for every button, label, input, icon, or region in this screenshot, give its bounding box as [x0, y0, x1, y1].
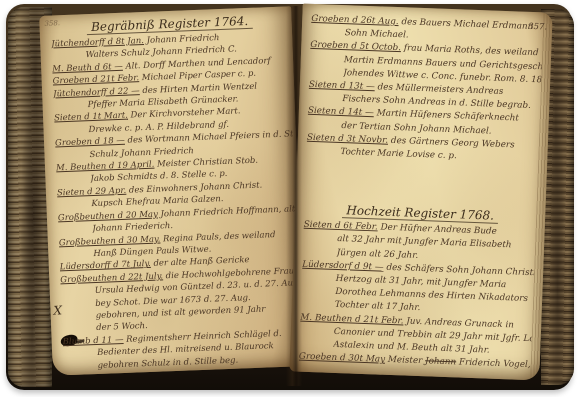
burial-register-entries-continued: Groeben d 26t Aug. des Bauers Michael Er…: [306, 13, 543, 167]
left-page-text: Begräbniß Register 1764. Jütchendorff d …: [50, 12, 301, 373]
left-page: 358. X Begräbniß Register 1764. Jütchend…: [39, 6, 305, 375]
right-page: 357. Groeben d 26t Aug. des Bauers Micha…: [289, 4, 552, 381]
burial-register-entries: Jütchendorff d 8t Jan. Johann FriedrichW…: [51, 29, 302, 373]
right-page-text: Groeben d 26t Aug. des Bauers Michael Er…: [299, 13, 544, 373]
photo-of-open-register-book: 358. X Begräbniß Register 1764. Jütchend…: [0, 0, 580, 397]
marriage-register-entries: Sieten d 6t Febr. Der Hüfner Andreas Bud…: [299, 219, 536, 373]
